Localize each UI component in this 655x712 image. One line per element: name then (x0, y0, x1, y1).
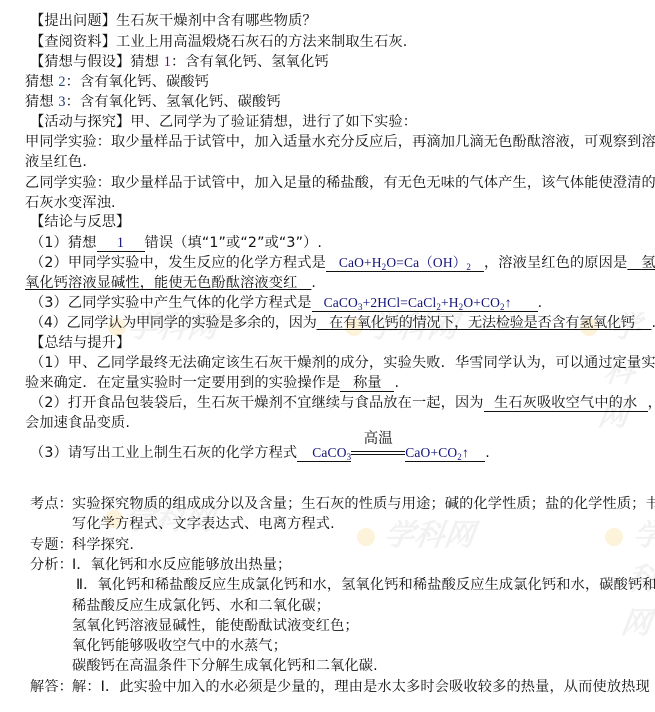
q2-reason-answer: 氧化钙溶液显碱性，能使无色酚酞溶液变红 (25, 275, 311, 291)
experiment-yi-line-1: 乙同学实验：取少量样品于试管中，加入足量的稀盐酸，有无色无味的气体产生，该气体能… (25, 174, 655, 192)
section-conclusion: 【结论与反思】 (30, 213, 130, 231)
q4-answer: 在有氧化钙的情况下，无法检验是否含有氢氧化钙 (316, 315, 651, 331)
fenxi-line-5: 氧化钙能够吸收空气中的水蒸气； (72, 637, 287, 655)
summary-s2-line-2: 会加速食品变质. (25, 414, 130, 432)
fenxi-line-6: 碳酸钙在高温条件下分解生成氧化钙和二氧化碳. (72, 657, 378, 675)
jieda-label: 解答： (30, 678, 73, 696)
kaodian-line-1: 实验探究物质的组成成分以及含量；生石灰的性质与用途；碱的化学性质；盐的化学性质；… (72, 495, 655, 513)
formula-part: CaO+CO (405, 445, 457, 460)
formula-part: O=Ca（OH） (386, 255, 466, 270)
answer-text: 氢 (641, 255, 655, 271)
s3-end: . (485, 445, 490, 461)
s3-product: CaO+CO2↑ (405, 445, 485, 462)
formula-part: +H (441, 295, 459, 310)
q2-end: . (311, 275, 316, 291)
experiment-jia-line-1: 甲同学实验：取少量样品于试管中，加入适量水充分反应后，再滴加几滴无色酚酞溶液，可… (25, 133, 655, 151)
equals-line-top (351, 451, 405, 452)
s1-end: . (394, 375, 399, 391)
fenxi-line-2: Ⅱ．氧化钙和稀盐酸反应生成氯化钙和水，氢氧化钙和稀盐酸反应生成氯化钙和水，碳酸钙… (76, 576, 655, 594)
gas-arrow-icon: ↑ (505, 295, 512, 310)
formula-subscript: 2 (466, 262, 471, 272)
zhuanti-label: 专题： (30, 536, 73, 554)
q4-prefix: （4）乙同学认为甲同学的实验是多余的，因为 (30, 315, 316, 331)
s2-end: ， (648, 395, 655, 411)
formula-part: CaCO (324, 295, 358, 310)
s2-answer: 生石灰吸收空气中的水 (484, 395, 648, 412)
section-activity: 【活动与探究】甲、乙同学为了验证猜想，进行了如下实验： (30, 113, 417, 131)
s1-prefix: 验来确定．在定量实验时一定要用到的实验操作是 (25, 375, 340, 391)
high-temperature-equals-sign: 高温 (351, 446, 405, 460)
zhuanti-text: 科学探究. (72, 536, 134, 554)
hypothesis-2: 猜想 2：含有氧化钙、碳酸钙 (25, 73, 209, 91)
s1-answer: 称量 (340, 375, 394, 392)
gas-arrow-icon: ↑ (462, 445, 469, 460)
watermark: 学科网 (382, 510, 478, 554)
hypothesis-text: ：含有氧化钙、碳酸钙 (66, 74, 209, 90)
formula-part: CaCO (312, 445, 346, 460)
watermark-logo-icon (357, 528, 375, 546)
reaction-condition: 高温 (351, 430, 405, 448)
hypothesis-1: 【猜想与假设】猜想 1：含有氧化钙、氢氧化钙 (30, 53, 329, 71)
hypothesis-number: 1 (164, 54, 171, 70)
q4-end: . (652, 315, 655, 331)
fenxi-label: 分析： (30, 556, 73, 574)
kaodian-label: 考点： (30, 495, 73, 513)
fenxi-line-3: 稀盐酸反应生成氯化钙、水和二氧化碳； (72, 597, 330, 615)
formula-part: O+CO (463, 295, 500, 310)
q3-prefix: （3）乙同学实验中产生气体的化学方程式是 (30, 295, 312, 311)
hypothesis-label: 猜想 (25, 74, 58, 90)
q1-suffix: 错误（填“1”或“2”或“3”）. (145, 235, 323, 251)
hypothesis-3: 猜想 3：含有氧化钙、氢氧化钙、碳酸钙 (25, 93, 281, 111)
hypothesis-text: ：含有氧化钙、氢氧化钙、碳酸钙 (66, 94, 281, 110)
q2-equation-answer: CaO+H2O=Ca（OH）2 (326, 255, 484, 272)
fenxi-line-1: Ⅰ．氧化钙和水反应能够放出热量； (72, 556, 291, 574)
kaodian-line-2: 写化学方程式、文字表达式、电离方程式. (72, 515, 335, 533)
summary-s1-line-2: 验来确定．在定量实验时一定要用到的实验操作是称量. (25, 374, 399, 392)
equals-line-bottom (351, 454, 405, 455)
s3-prefix: （3）请写出工业上制生石灰的化学方程式 (30, 445, 297, 461)
answer-text: 氧化钙溶液显碱性，能使无色酚酞溶液变红 (25, 275, 297, 291)
formula-part: +2HCl=CaCl (363, 295, 437, 310)
hypothesis-text: ：含有氧化钙、氢氧化钙 (171, 54, 329, 70)
hypothesis-label: 猜想 (25, 94, 58, 110)
section-summary: 【总结与提升】 (30, 334, 130, 352)
conclusion-q3: （3）乙同学实验中产生气体的化学方程式是CaCO3+2HCl=CaCl2+H2O… (30, 294, 542, 312)
section-reference: 【查阅资料】工业上用高温煅烧石灰石的方法来制取生石灰. (30, 33, 407, 51)
q2-prefix: （2）甲同学实验中，发生反应的化学方程式是 (30, 255, 326, 271)
hypothesis-number: 2 (58, 74, 65, 90)
s2-prefix: （2）打开食品包装袋后，生石灰干燥剂不宜继续与食品放在一起，因为 (30, 395, 484, 411)
fenxi-line-4: 氢氧化钙溶液显碱性，能使酚酞试液变红色； (72, 617, 359, 635)
experiment-yi-line-2: 石灰水变浑浊. (25, 194, 116, 212)
q3-equation-answer: CaCO3+2HCl=CaCl2+H2O+CO2↑ (312, 295, 538, 312)
q1-prefix: （1）猜想 (30, 235, 97, 251)
s3-reactant: CaCO3 (297, 445, 351, 462)
hypothesis-label: 【猜想与假设】猜想 (30, 54, 164, 70)
conclusion-q4: （4）乙同学认为甲同学的实验是多余的，因为 在有氧化钙的情况下，无法检验是否含有… (30, 314, 655, 332)
q2-reason-answer-start: 氢 (627, 255, 655, 271)
q3-end: . (538, 295, 543, 311)
summary-s1-line-1: （1）甲、乙同学最终无法确定该生石灰干燥剂的成分，实验失败．华雪同学认为，可以通… (30, 354, 655, 372)
summary-s2-line-1: （2）打开食品包装袋后，生石灰干燥剂不宜继续与食品放在一起，因为生石灰吸收空气中… (30, 394, 655, 412)
experiment-jia-line-2: 液呈红色. (25, 153, 87, 171)
q1-answer: 1 (97, 235, 145, 252)
conclusion-q2-line-1: （2）甲同学实验中，发生反应的化学方程式是CaO+H2O=Ca（OH）2，溶液呈… (30, 254, 655, 272)
answer-text: 在有氧化钙的情况下，无法检验是否含有氢氧化钙 (329, 315, 635, 331)
section-propose: 【提出问题】生石灰干燥剂中含有哪些物质？ (30, 12, 317, 30)
hypothesis-number: 3 (58, 94, 65, 110)
conclusion-q2-line-2: 氧化钙溶液显碱性，能使无色酚酞溶液变红 . (25, 274, 316, 292)
formula-part: CaO+H (339, 255, 382, 270)
watermark-logo-icon (605, 528, 623, 546)
jieda-text: 解：Ⅰ．此实验中加入的水必须是少量的，理由是水太多时会吸收较多的热量，从而使放热… (72, 678, 650, 696)
summary-s3: （3）请写出工业上制生石灰的化学方程式CaCO3高温CaO+CO2↑. (30, 444, 490, 462)
conclusion-q1: （1）猜想1错误（填“1”或“2”或“3”）. (30, 234, 322, 252)
q2-mid: ，溶液呈红色的原因是 (484, 255, 627, 271)
